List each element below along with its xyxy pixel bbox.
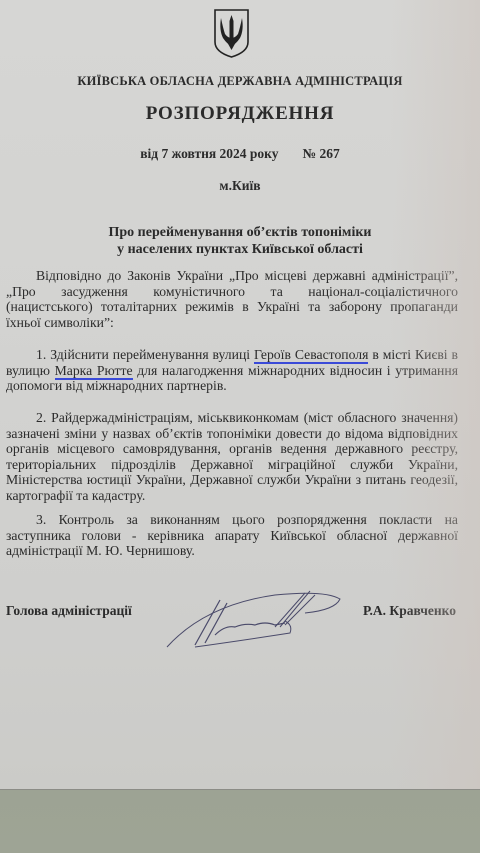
coat-of-arms-icon bbox=[213, 8, 250, 59]
table-surface bbox=[0, 789, 480, 853]
old-street-name: Героїв Севастополя bbox=[254, 347, 368, 364]
item-1-before: 1. Здійснити перейменування вулиці bbox=[36, 347, 254, 362]
signatory-title: Голова адміністрації bbox=[6, 603, 132, 619]
city: м.Київ bbox=[0, 178, 480, 194]
signature-icon bbox=[165, 585, 345, 655]
document-date: від 7 жовтня 2024 року bbox=[140, 146, 278, 161]
document-type: РОЗПОРЯДЖЕННЯ bbox=[0, 103, 480, 125]
document-subject: Про перейменування об’єктів топоніміки у… bbox=[0, 224, 480, 258]
signatory-name: Р.А. Кравченко bbox=[363, 603, 456, 619]
subject-line-2: у населених пунктах Київської області bbox=[0, 241, 480, 258]
new-street-name: Марка Рютте bbox=[55, 363, 133, 380]
item-2-paragraph: 2. Райдержадміністраціям, міськвиконкома… bbox=[6, 410, 458, 503]
document-page: КИЇВСЬКА ОБЛАСНА ДЕРЖАВНА АДМІНІСТРАЦІЯ … bbox=[0, 0, 480, 789]
date-line: від 7 жовтня 2024 року№ 267 bbox=[0, 146, 480, 162]
item-1-paragraph: 1. Здійснити перейменування вулиці Герої… bbox=[6, 347, 458, 394]
organization-name: КИЇВСЬКА ОБЛАСНА ДЕРЖАВНА АДМІНІСТРАЦІЯ bbox=[0, 74, 480, 89]
subject-line-1: Про перейменування об’єктів топоніміки bbox=[0, 224, 480, 241]
preamble-paragraph: Відповідно до Законів України „Про місце… bbox=[6, 268, 458, 330]
item-3-paragraph: 3. Контроль за виконанням цього розпоряд… bbox=[6, 512, 458, 559]
document-number: № 267 bbox=[303, 146, 340, 161]
